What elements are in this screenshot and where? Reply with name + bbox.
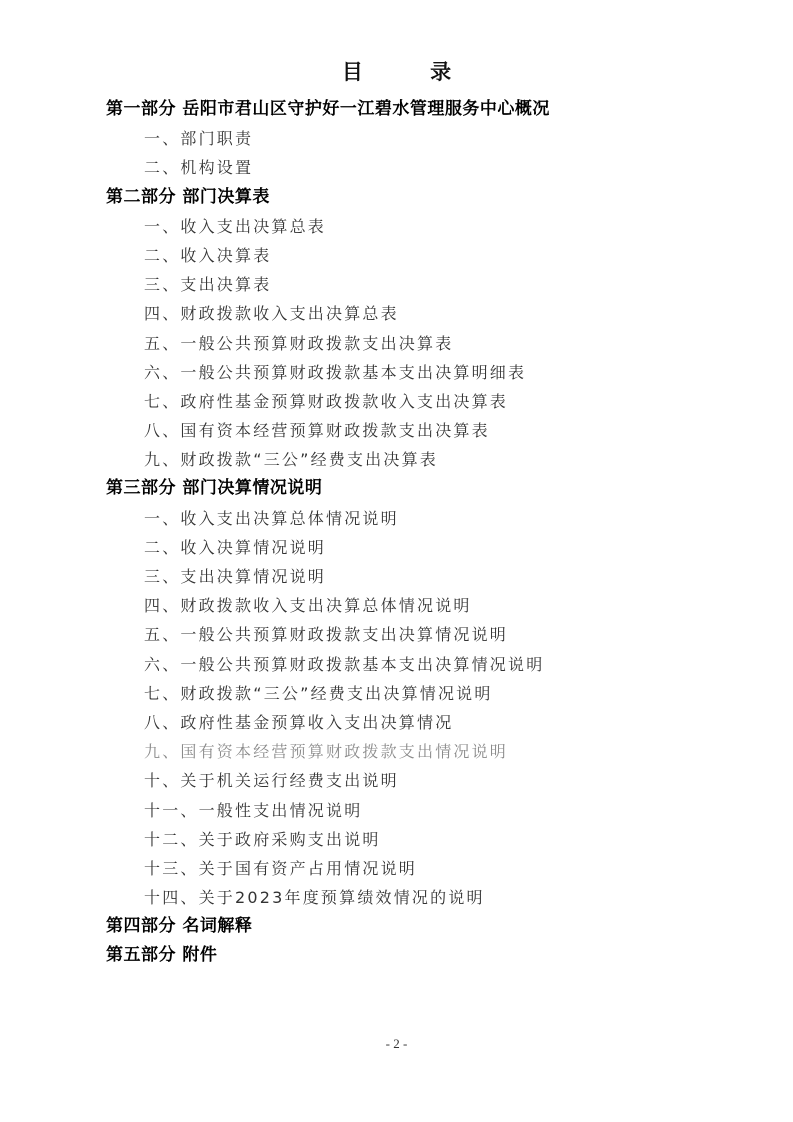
toc-item[interactable]: 四、财政拨款收入支出决算总体情况说明 <box>106 591 706 620</box>
toc-item[interactable]: 九、国有资本经营预算财政拨款支出情况说明 <box>106 737 706 766</box>
toc-item[interactable]: 十一、一般性支出情况说明 <box>106 796 706 825</box>
toc-item[interactable]: 二、收入决算情况说明 <box>106 533 706 562</box>
toc-item[interactable]: 三、支出决算表 <box>106 270 706 299</box>
toc-item[interactable]: 一、部门职责 <box>106 124 706 153</box>
toc-item[interactable]: 八、国有资本经营预算财政拨款支出决算表 <box>106 416 706 445</box>
toc-part-1-heading[interactable]: 第一部分 岳阳市君山区守护好一江碧水管理服务中心概况 <box>106 95 706 124</box>
toc-item[interactable]: 十、关于机关运行经费支出说明 <box>106 766 706 795</box>
toc-item[interactable]: 三、支出决算情况说明 <box>106 562 706 591</box>
toc-item[interactable]: 四、财政拨款收入支出决算总表 <box>106 299 706 328</box>
toc-item[interactable]: 五、一般公共预算财政拨款支出决算表 <box>106 329 706 358</box>
toc-item[interactable]: 十四、关于2023年度预算绩效情况的说明 <box>106 883 706 912</box>
toc-part-2-heading[interactable]: 第二部分 部门决算表 <box>106 183 706 212</box>
toc-item[interactable]: 二、机构设置 <box>106 153 706 182</box>
toc-item[interactable]: 一、收入支出决算总表 <box>106 212 706 241</box>
toc-item[interactable]: 六、一般公共预算财政拨款基本支出决算情况说明 <box>106 650 706 679</box>
toc-part-4-heading[interactable]: 第四部分 名词解释 <box>106 912 706 941</box>
toc-item[interactable]: 十三、关于国有资产占用情况说明 <box>106 854 706 883</box>
toc-item[interactable]: 八、政府性基金预算收入支出决算情况 <box>106 708 706 737</box>
toc-item[interactable]: 九、财政拨款“三公”经费支出决算表 <box>106 445 706 474</box>
toc-item[interactable]: 二、收入决算表 <box>106 241 706 270</box>
toc-part-3-heading[interactable]: 第三部分 部门决算情况说明 <box>106 474 706 503</box>
toc-title: 目 录 <box>0 56 793 86</box>
toc-item[interactable]: 七、政府性基金预算财政拨款收入支出决算表 <box>106 387 706 416</box>
toc-item[interactable]: 六、一般公共预算财政拨款基本支出决算明细表 <box>106 358 706 387</box>
toc-item[interactable]: 七、财政拨款“三公”经费支出决算情况说明 <box>106 679 706 708</box>
toc-item[interactable]: 五、一般公共预算财政拨款支出决算情况说明 <box>106 620 706 649</box>
page-number: - 2 - <box>0 1036 793 1052</box>
table-of-contents: 第一部分 岳阳市君山区守护好一江碧水管理服务中心概况 一、部门职责 二、机构设置… <box>106 95 706 971</box>
toc-item[interactable]: 十二、关于政府采购支出说明 <box>106 825 706 854</box>
toc-item[interactable]: 一、收入支出决算总体情况说明 <box>106 504 706 533</box>
toc-part-5-heading[interactable]: 第五部分 附件 <box>106 941 706 970</box>
